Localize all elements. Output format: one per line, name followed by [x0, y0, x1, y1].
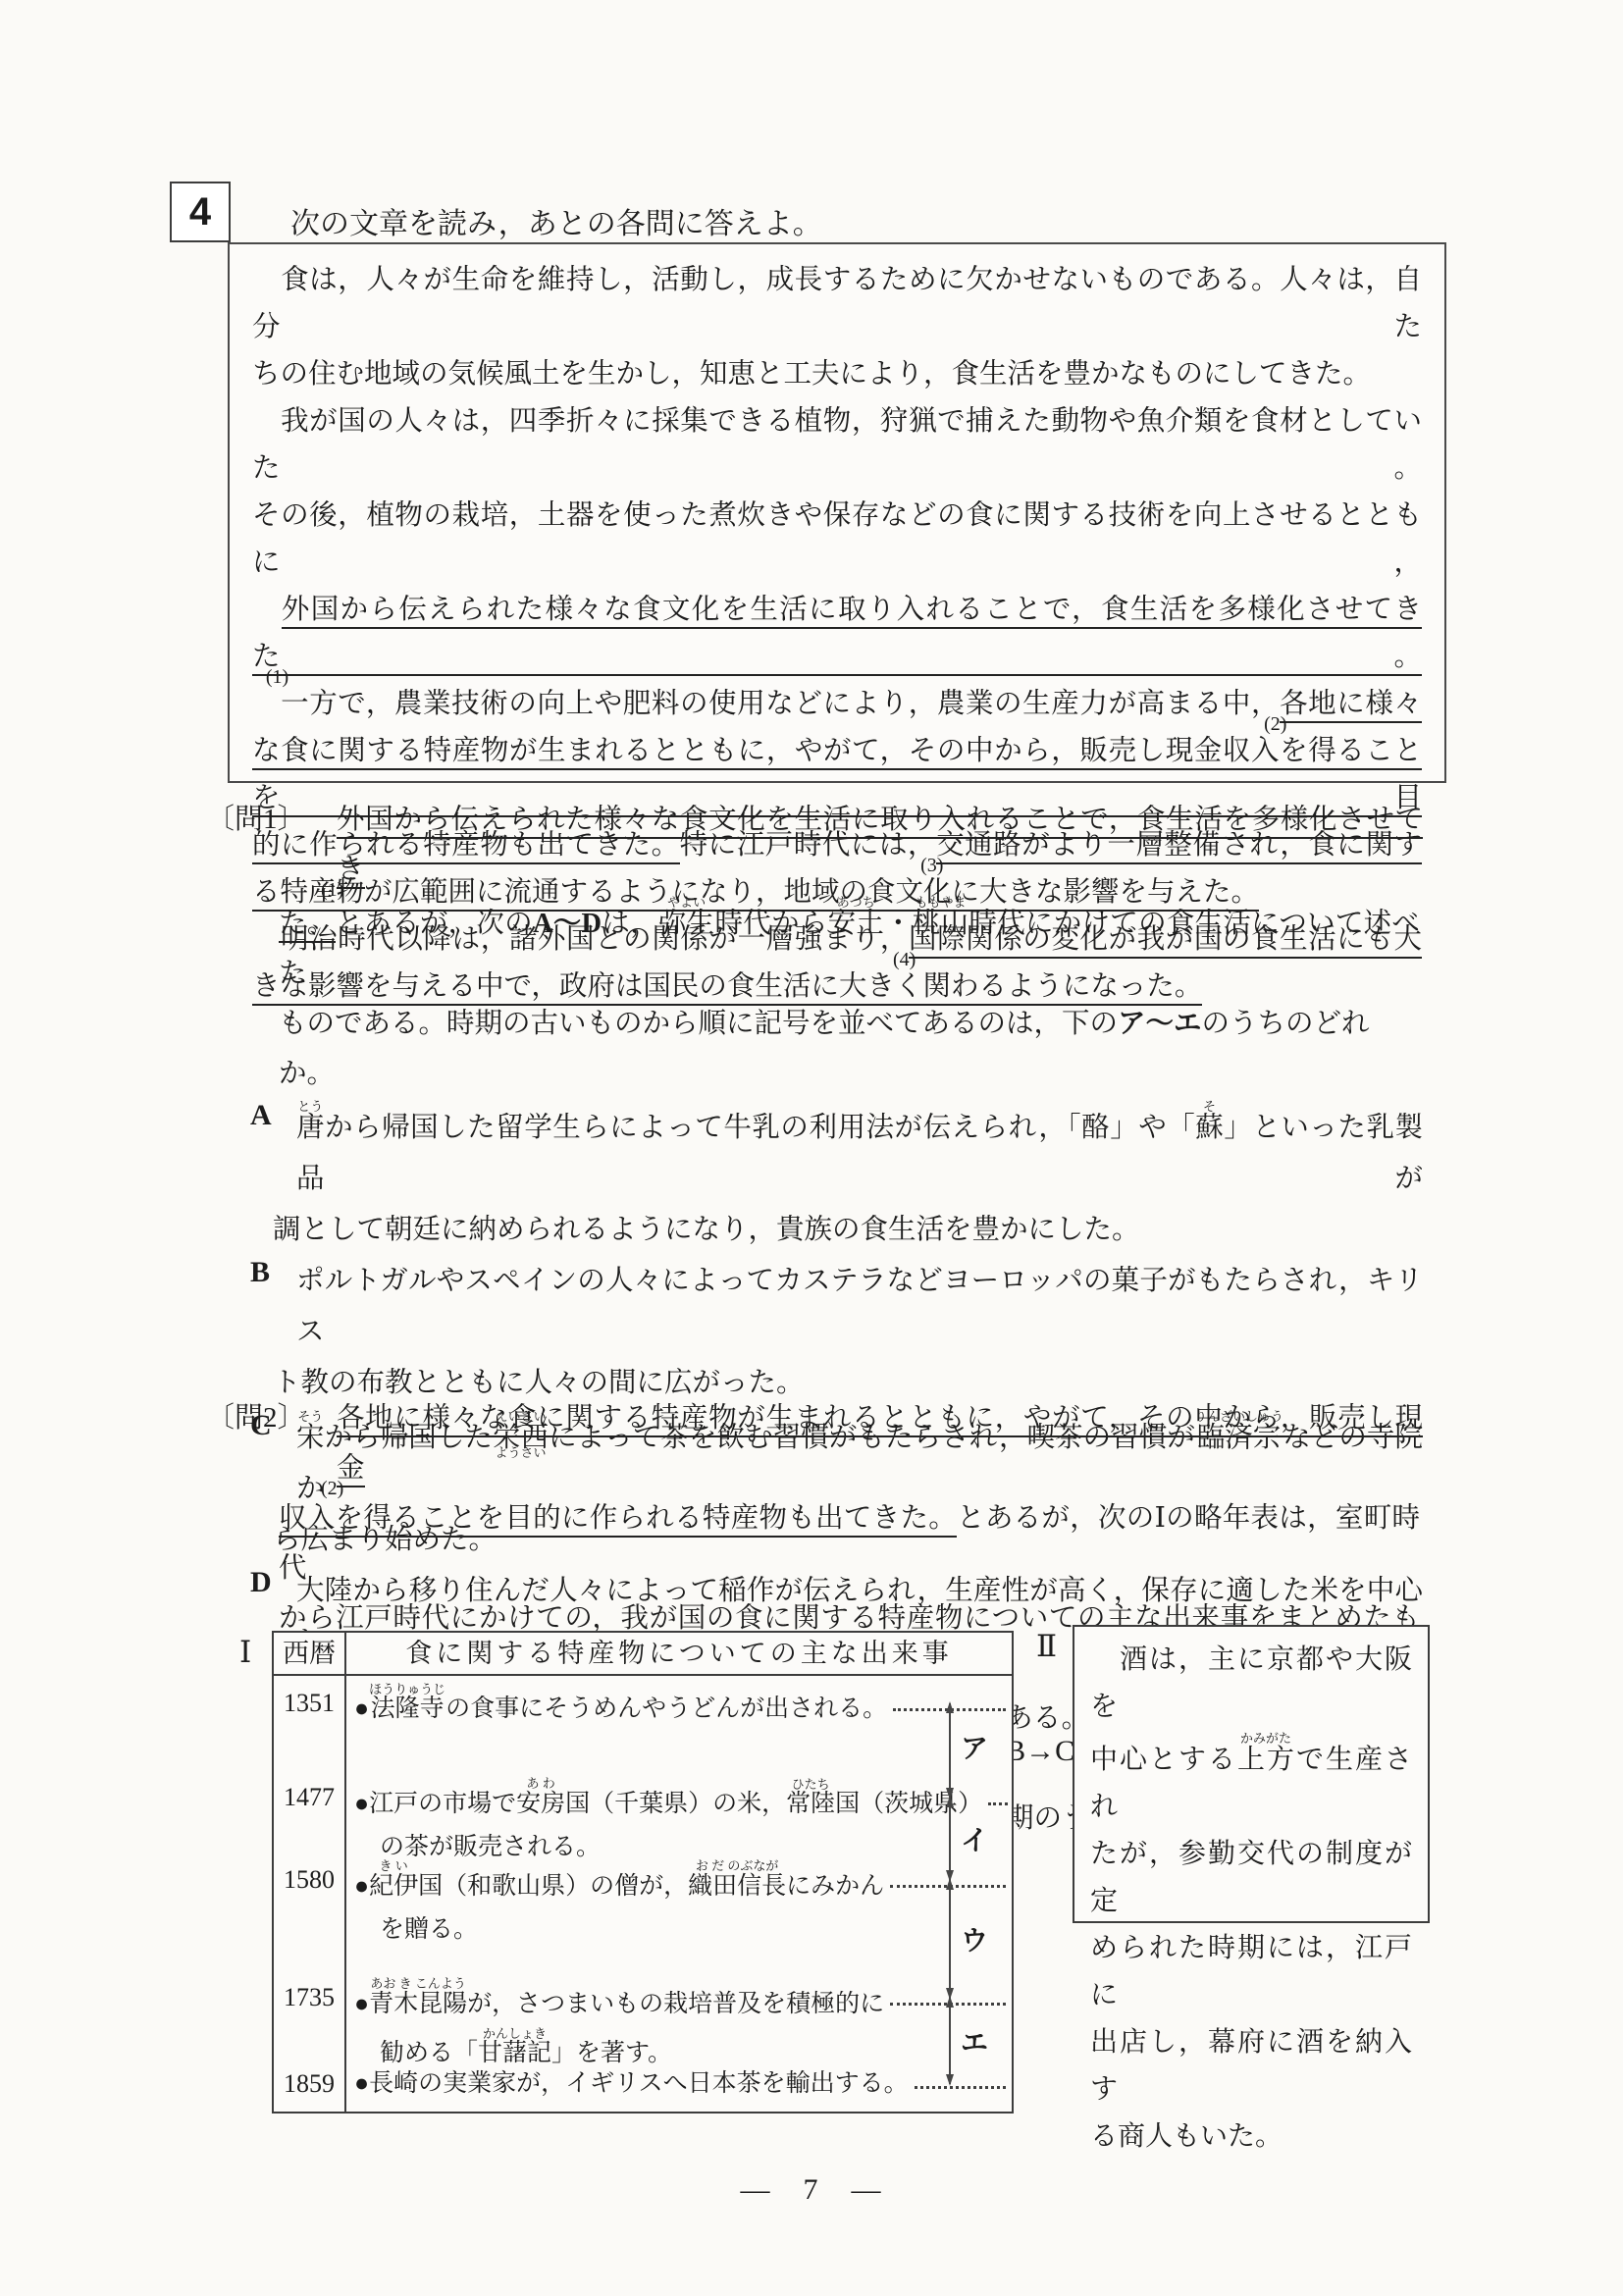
text-line: その後，植物の栽培，土器を使った煮炊きや保存などの食に関する技術を向上させるとと…: [252, 493, 1422, 587]
timeline-event-1477: 1477 ●江戸の市場で安房あ わ国（千葉県）の米，常陸ひたち国（茨城県） の茶…: [274, 1776, 1012, 1869]
note-box: 酒は，主に京都や大阪を中心とする上方かみがたで生産されたが，参勤交代の制度が定め…: [1073, 1625, 1430, 1923]
dotted-leader: [915, 2086, 1006, 2089]
dotted-leader: [988, 1802, 1008, 1805]
statement-A-line-2: 調として朝廷に納められるようになり，貴族の食生活を豊かにした。: [273, 1205, 1423, 1256]
timeline-event-1580: 1580 ●紀伊き い国（和歌山県）の僧が，織田信長お だ のぶながにみかん を…: [274, 1858, 1012, 1952]
text-line: ちの住む地域の気候風土を生かし，知恵と工夫により，食生活を豊かなものにしてきた。: [252, 351, 1422, 398]
text-line: 我が国の人々は，四季折々に採集できる植物，狩猟で捕えた動物や魚介類を食材としてい…: [252, 398, 1422, 493]
statement-A-line-1: 唐とうから帰国した留学生らによって牛乳の利用法が伝えられ，「酪」や「蘇そ」といっ…: [296, 1099, 1423, 1205]
timeline-event-1859: 1859 ●長崎の実業家が，イギリスへ日本茶を輸出する。: [274, 2062, 1012, 2106]
timeline-year: 1859: [274, 2062, 344, 2106]
timeline-year: 1351: [274, 1682, 344, 1725]
intro-passage-box: 食は，人々が生命を維持し，活動し，成長するために欠かせないものである。人々は，自…: [228, 242, 1446, 783]
timeline-table: 西暦 食に関する特産物についての主な出来事 1351 ●法隆寺ほうりゅうじの食事…: [272, 1631, 1014, 2113]
question-number-box: 4: [170, 182, 231, 242]
timeline-event-text: ●長崎の実業家が，イギリスへ日本茶を輸出する。: [354, 2062, 1006, 2106]
timeline-arrow-segment: [949, 1998, 951, 2084]
question-2-label: 〔問2〕: [206, 1393, 337, 1443]
timeline-arrow-segment: [949, 1703, 951, 1798]
text-line: 酒は，主に京都や大阪を: [1090, 1637, 1412, 1731]
text-line: 外国から伝えられた様々な食文化を生活に取り入れることで，食生活を多様化させてきた…: [252, 587, 1422, 681]
timeline-year: 1477: [274, 1776, 344, 1819]
timeline-event-text: ●江戸の市場で安房あ わ国（千葉県）の米，常陸ひたち国（茨城県）: [354, 1776, 1006, 1826]
question-instruction: 次の文章を読み，あとの各問に答えよ。: [290, 199, 822, 242]
statement-A: A 唐とうから帰国した留学生らによって牛乳の利用法が伝えられ，「酪」や「蘇そ」と…: [250, 1099, 1423, 1256]
statement-A-letter: A: [250, 1099, 296, 1132]
page-number: — 7 —: [0, 2165, 1623, 2208]
question-1-line-3: ものである。時期の古いものから順に記号を並べてあるのは，下のア～エのうちのどれか…: [279, 999, 1420, 1099]
period-label-e: エ: [961, 2021, 988, 2061]
timeline-label: Ⅰ: [239, 1635, 251, 1670]
text-line: 出店し，幕府に酒を納入す: [1090, 2019, 1412, 2113]
period-label-a: ア: [961, 1727, 988, 1766]
text-line: 一方で，農業技術の向上や肥料の使用などにより，農業の生産力が高まる中，各地に様々…: [252, 681, 1422, 728]
timeline-arrow-segment: [949, 1798, 951, 1880]
question-1-label: 〔問1〕: [206, 795, 337, 845]
note-label: Ⅱ: [1036, 1629, 1057, 1664]
text-line: たが，参勤交代の制度が定: [1090, 1831, 1412, 1925]
timeline-event-1735: 1735 ●青木昆陽あお き こんようが，さつまいもの栽培普及を積極的に 勧める…: [274, 1976, 1012, 2075]
timeline-event-1351: 1351 ●法隆寺ほうりゅうじの食事にそうめんやうどんが出される。: [274, 1682, 1012, 1731]
text-line: 中心とする上方かみがたで生産され: [1090, 1731, 1412, 1831]
timeline-event-text: ●紀伊き い国（和歌山県）の僧が，織田信長お だ のぶながにみかん: [354, 1858, 1006, 1908]
question-2-line-2: 収入を得ることを目的に作られる特産物も出てきた。とあるが，次のⅠの略年表は，室町…: [279, 1493, 1420, 1593]
timeline-event-text: を贈る。: [380, 1908, 1006, 1952]
timeline-header-row: 西暦 食に関する特産物についての主な出来事: [274, 1633, 1012, 1676]
text-line: る商人もいた。: [1090, 2113, 1412, 2161]
timeline-header-year: 西暦: [274, 1633, 346, 1674]
timeline-arrow-segment: [949, 1880, 951, 1998]
timeline-year: 1580: [274, 1858, 344, 1902]
text-line: められた時期には，江戸に: [1090, 1925, 1412, 2019]
note-text: 酒は，主に京都や大阪を中心とする上方かみがたで生産されたが，参勤交代の制度が定め…: [1090, 1637, 1412, 2161]
statement-B: B ポルトガルやスペインの人々によってカステラなどヨーロッパの菓子がもたらされ，…: [250, 1256, 1423, 1409]
text-line: 食は，人々が生命を維持し，活動し，成長するために欠かせないものである。人々は，自…: [252, 257, 1422, 351]
period-label-i: イ: [961, 1819, 988, 1858]
timeline-year: 1735: [274, 1976, 344, 2019]
question-1-line-2: た。とあるが，次のA～Dは，弥生やよい時代から安土あづち・桃山ももやま時代にかけ…: [279, 895, 1420, 999]
timeline-header-event: 食に関する特産物についての主な出来事: [346, 1633, 1012, 1674]
question-2-line-1: 各地に様々な食に関する特産物が生まれるとともに，やがて，その中から，販売し現金(…: [337, 1393, 1423, 1493]
statement-B-line-1: ポルトガルやスペインの人々によってカステラなどヨーロッパの菓子がもたらされ，キリ…: [296, 1256, 1423, 1358]
question-1-line-1: 外国から伝えられた様々な食文化を生活に取り入れることで，食生活を多様化させてき(…: [337, 795, 1423, 895]
timeline-event-text: ●青木昆陽あお き こんようが，さつまいもの栽培普及を積極的に: [354, 1976, 1006, 2026]
question-number: 4: [189, 190, 211, 235]
statement-B-letter: B: [250, 1256, 296, 1289]
period-label-u: ウ: [961, 1919, 988, 1958]
timeline-event-text: ●法隆寺ほうりゅうじの食事にそうめんやうどんが出される。: [354, 1682, 1006, 1731]
